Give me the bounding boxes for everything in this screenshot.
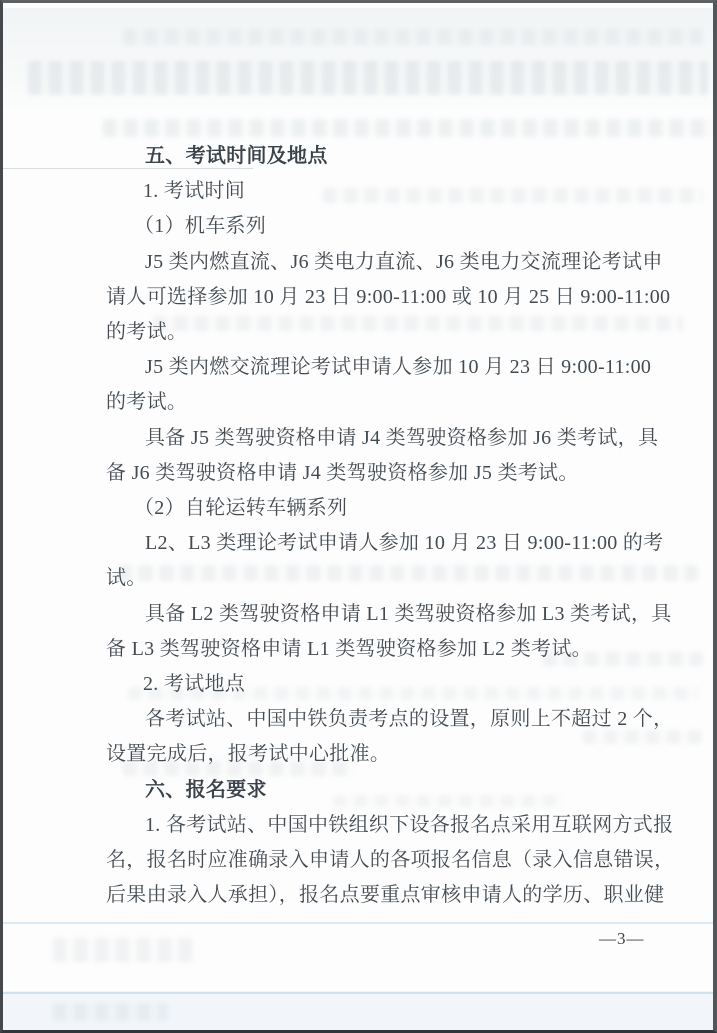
page-number: —3— xyxy=(599,929,645,949)
text-line: L2、L3 类理论考试申请人参加 10 月 23 日 9:00-11:00 的考 xyxy=(106,526,662,561)
text-line: J5 类内燃交流理论考试申请人参加 10 月 23 日 9:00-11:00 xyxy=(106,350,662,385)
text-line: 试。 xyxy=(106,561,662,596)
text-line: 备 L3 类驾驶资格申请 L1 类驾驶资格参加 L2 类考试。 xyxy=(106,632,662,667)
bleed-through-artifact xyxy=(123,29,703,45)
text-line: 的考试。 xyxy=(106,385,662,420)
text-line: 1. 考试时间 xyxy=(106,174,662,209)
bleed-through-artifact xyxy=(103,119,713,137)
text-line: 六、报名要求 xyxy=(106,773,662,808)
text-line: 五、考试时间及地点 xyxy=(106,139,662,174)
text-line: J5 类内燃直流、J6 类电力直流、J6 类电力交流理论考试申 xyxy=(106,245,662,280)
text-line: 请人可选择参加 10 月 23 日 9:00-11:00 或 10 月 25 日… xyxy=(106,280,662,315)
text-line: 设置完成后，报考试中心批准。 xyxy=(106,737,662,772)
text-line: （1）机车系列 xyxy=(106,209,662,244)
text-line: 的考试。 xyxy=(106,315,662,350)
ruled-line-artifact xyxy=(3,992,713,994)
document-body-text: 五、考试时间及地点1. 考试时间（1）机车系列J5 类内燃直流、J6 类电力直流… xyxy=(106,139,662,913)
text-line: 2. 考试地点 xyxy=(106,667,662,702)
text-line: 后果由录入人承担），报名点要重点审核申请人的学历、职业健 xyxy=(106,878,662,913)
text-line: 具备 J5 类驾驶资格申请 J4 类驾驶资格参加 J6 类考试，具 xyxy=(106,421,662,456)
bleed-through-artifact xyxy=(28,61,708,95)
text-line: 各考试站、中国中铁负责考点的设置，原则上不超过 2 个， xyxy=(106,702,662,737)
text-line: 名，报名时应准确录入申请人的各项报名信息（录入信息错误， xyxy=(106,843,662,878)
text-line: 1. 各考试站、中国中铁组织下设各报名点采用互联网方式报 xyxy=(106,808,662,843)
ruled-line-artifact xyxy=(3,922,713,924)
text-line: （2）自轮运转车辆系列 xyxy=(106,491,662,526)
text-line: 备 J6 类驾驶资格申请 J4 类驾驶资格参加 J5 类考试。 xyxy=(106,456,662,491)
bleed-through-artifact xyxy=(53,938,193,962)
text-line: 具备 L2 类驾驶资格申请 L1 类驾驶资格参加 L3 类考试，具 xyxy=(106,597,662,632)
scanned-document-page: 五、考试时间及地点1. 考试时间（1）机车系列J5 类内燃直流、J6 类电力直流… xyxy=(0,0,717,1033)
bleed-through-artifact xyxy=(53,1003,168,1021)
